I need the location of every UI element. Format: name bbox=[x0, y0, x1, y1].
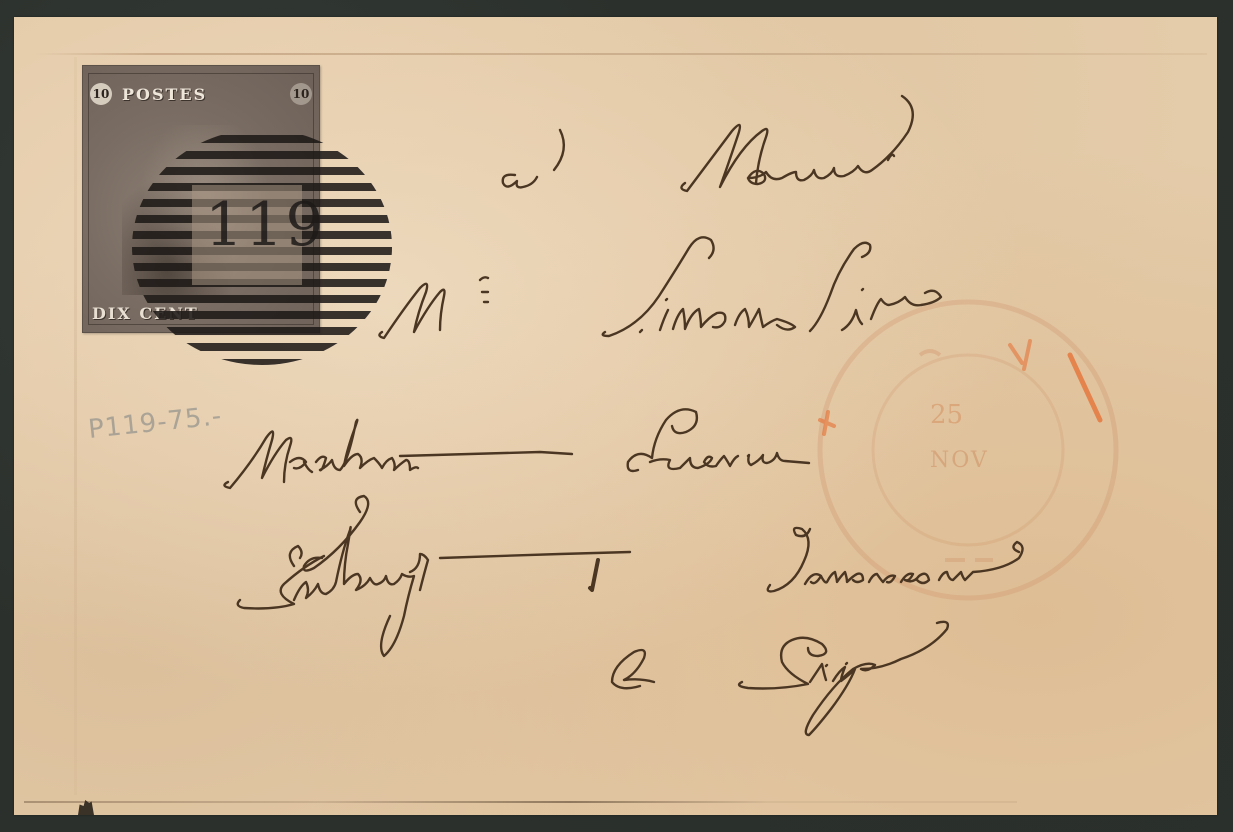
postmark-month: NOV bbox=[930, 448, 989, 473]
fold-line-left bbox=[74, 57, 77, 795]
address-city: Liège bbox=[740, 620, 886, 680]
fold-line-top bbox=[34, 53, 1207, 55]
address-occupation: Marchant Grenier bbox=[226, 420, 666, 476]
address-recipient-title: Monsieur bbox=[680, 130, 911, 186]
address-line1-prefix: a bbox=[500, 150, 520, 190]
cancellation-number: 119 bbox=[205, 190, 326, 260]
address-line2-prefix: Mr bbox=[380, 280, 452, 336]
address-city-prefix: a bbox=[600, 635, 629, 691]
stamp-top-text: POSTES bbox=[122, 85, 207, 104]
stamp-value-right: 10 bbox=[290, 83, 312, 105]
address-street: Faubourgt Jamercoeur bbox=[236, 530, 787, 586]
postmark-day: 25 bbox=[930, 400, 963, 430]
stamp-value-left: 10 bbox=[90, 83, 112, 105]
stamp-bottom-text: DIX CENT bbox=[92, 304, 199, 323]
fold-line-bottom bbox=[24, 801, 1017, 803]
address-recipient-name: Simonis Sire bbox=[600, 260, 908, 316]
